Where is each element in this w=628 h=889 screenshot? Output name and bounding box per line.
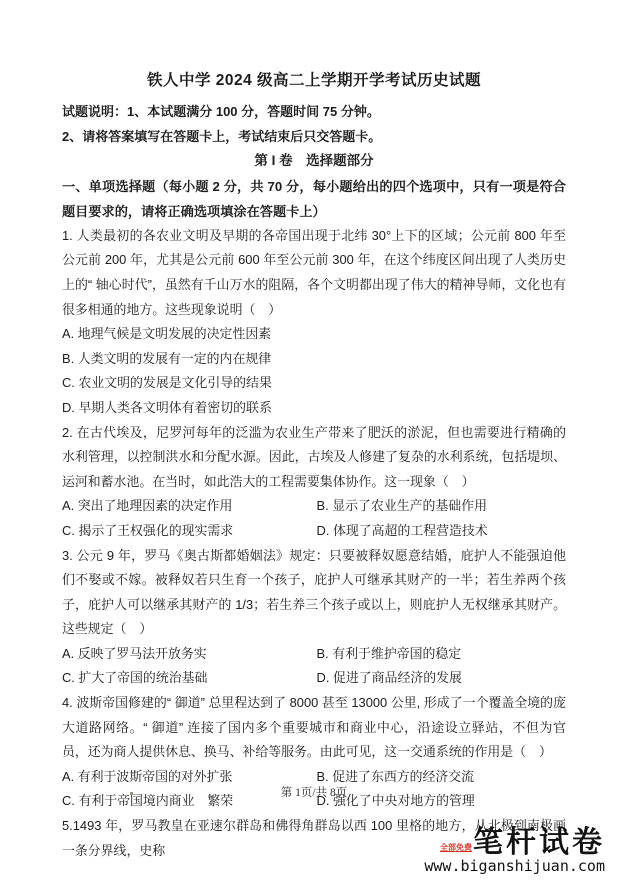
question-1-option-d: D. 早期人类各文明体有着密切的联系 [62,396,566,421]
question-1-option-c: C. 农业文明的发展是文化引导的结果 [62,371,566,396]
exam-page: 铁人中学 2024 级高二上学期开学考试历史试题 试题说明：1、本试题满分 10… [62,70,566,863]
question-4-stem: 4. 波斯帝国修建的“ 御道” 总里程达到了 8000 甚至 13000 公里,… [62,691,566,765]
question-1: 1. 人类最初的各农业文明及早期的各帝国出现于北纬 30°上下的区域；公元前 8… [62,224,566,421]
question-3-option-d: D. 促进了商品经济的发展 [317,666,566,691]
watermark-url: www.biganshijuan.com [424,857,605,875]
question-3-stem: 3. 公元 9 年，罗马《奥古斯都婚姻法》规定：只要被释奴愿意结婚，庇护人不能强… [62,544,566,642]
exam-instruction-2: 2、请将答案填写在答题卡上，考试结束后只交答题卡。 [62,125,566,150]
question-2-options: A. 突出了地理因素的决定作用 B. 显示了农业生产的基础作用 C. 揭示了王权… [62,494,566,543]
question-2-option-b: B. 显示了农业生产的基础作用 [317,494,566,519]
watermark-free-badge: 全部免费 [440,843,472,853]
question-3-option-a: A. 反映了罗马法开放务实 [62,642,317,667]
question-2: 2. 在古代埃及，尼罗河每年的泛滥为农业生产带来了肥沃的淤泥，但也需要进行精确的… [62,421,566,544]
scan-speck [130,792,133,795]
question-2-option-a: A. 突出了地理因素的决定作用 [62,494,317,519]
question-1-stem: 1. 人类最初的各农业文明及早期的各帝国出现于北纬 30°上下的区域；公元前 8… [62,224,566,322]
question-3-option-b: B. 有利于维护帝国的稳定 [317,642,566,667]
question-1-option-a: A. 地理气候是文明发展的决定性因素 [62,322,566,347]
page-number: 第 1页/共 8页 [0,784,628,800]
question-3: 3. 公元 9 年，罗马《奥古斯都婚姻法》规定：只要被释奴愿意结婚，庇护人不能强… [62,544,566,692]
exam-instruction-1: 试题说明：1、本试题满分 100 分，答题时间 75 分钟。 [62,100,566,125]
question-3-options: A. 反映了罗马法开放务实 B. 有利于维护帝国的稳定 C. 扩大了帝国的统治基… [62,642,566,691]
watermark: 全部免费 笔杆试卷 www.biganshijuan.com [424,827,605,875]
page-title: 铁人中学 2024 级高二上学期开学考试历史试题 [62,70,566,92]
question-2-option-d: D. 体现了高超的工程营造技术 [317,519,566,544]
question-1-option-b: B. 人类文明的发展有一定的内在规律 [62,347,566,372]
question-1-options: A. 地理气候是文明发展的决定性因素 B. 人类文明的发展有一定的内在规律 C.… [62,322,566,420]
section-directions: 一、单项选择题（每小题 2 分，共 70 分，每小题给出的四个选项中，只有一项是… [62,174,566,224]
question-2-stem: 2. 在古代埃及，尼罗河每年的泛滥为农业生产带来了肥沃的淤泥，但也需要进行精确的… [62,421,566,495]
question-2-option-c: C. 揭示了王权强化的现实需求 [62,519,317,544]
section-title: 第 I 卷 选择题部分 [62,149,566,174]
question-3-option-c: C. 扩大了帝国的统治基础 [62,666,317,691]
watermark-brand: 笔杆试卷 [473,827,605,858]
